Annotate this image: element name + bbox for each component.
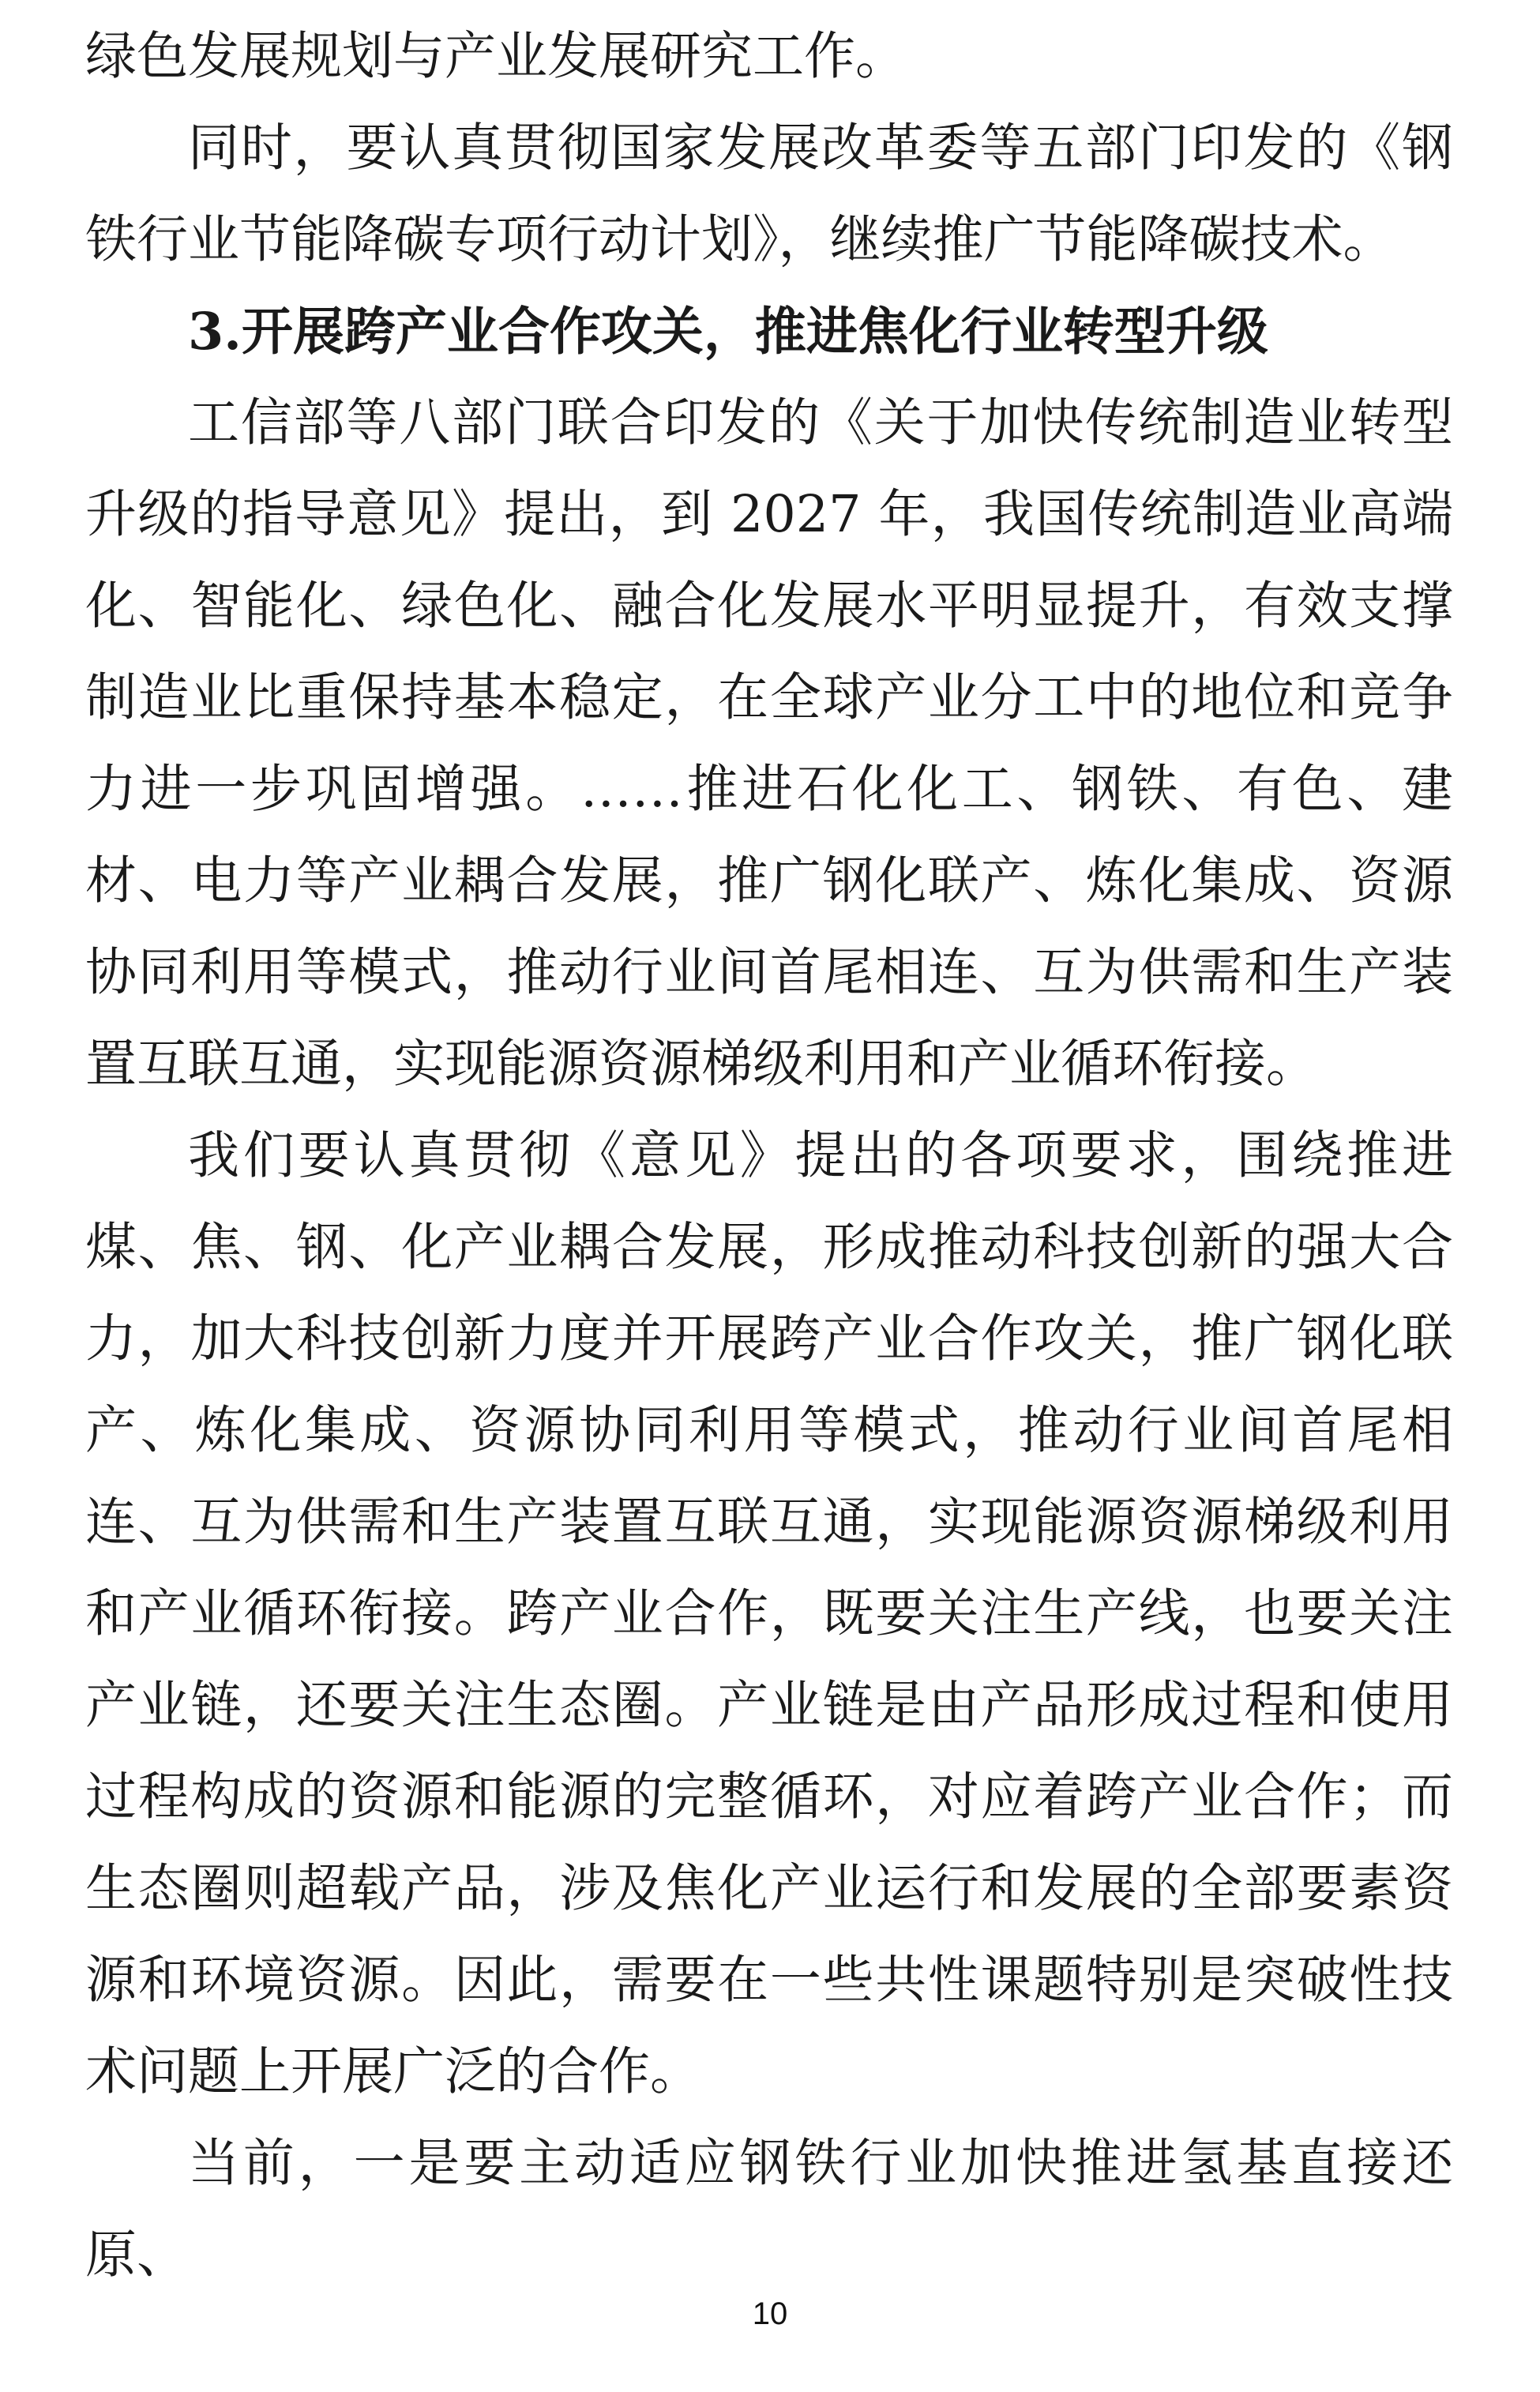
document-page: 绿色发展规划与产业发展研究工作。 同时，要认真贯彻国家发展改革委等五部门印发的《… — [0, 0, 1540, 2392]
paragraph: 我们要认真贯彻《意见》提出的各项要求，围绕推进煤、焦、钢、化产业耦合发展，形成推… — [85, 1110, 1453, 2118]
section-heading: 3.开展跨产业合作攻关，推进焦化行业转型升级 — [85, 286, 1453, 377]
document-body: 绿色发展规划与产业发展研究工作。 同时，要认真贯彻国家发展改革委等五部门印发的《… — [85, 11, 1453, 2301]
paragraph: 同时，要认真贯彻国家发展改革委等五部门印发的《钢铁行业节能降碳专项行动计划》，继… — [85, 103, 1453, 286]
paragraph-continuation: 绿色发展规划与产业发展研究工作。 — [85, 11, 1453, 103]
paragraph: 当前，一是要主动适应钢铁行业加快推进氢基直接还原、 — [85, 2118, 1453, 2301]
page-number: 10 — [753, 2296, 788, 2331]
paragraph: 工信部等八部门联合印发的《关于加快传统制造业转型升级的指导意见》提出，到 202… — [85, 377, 1453, 1110]
page-footer: 10 — [0, 2295, 1540, 2333]
